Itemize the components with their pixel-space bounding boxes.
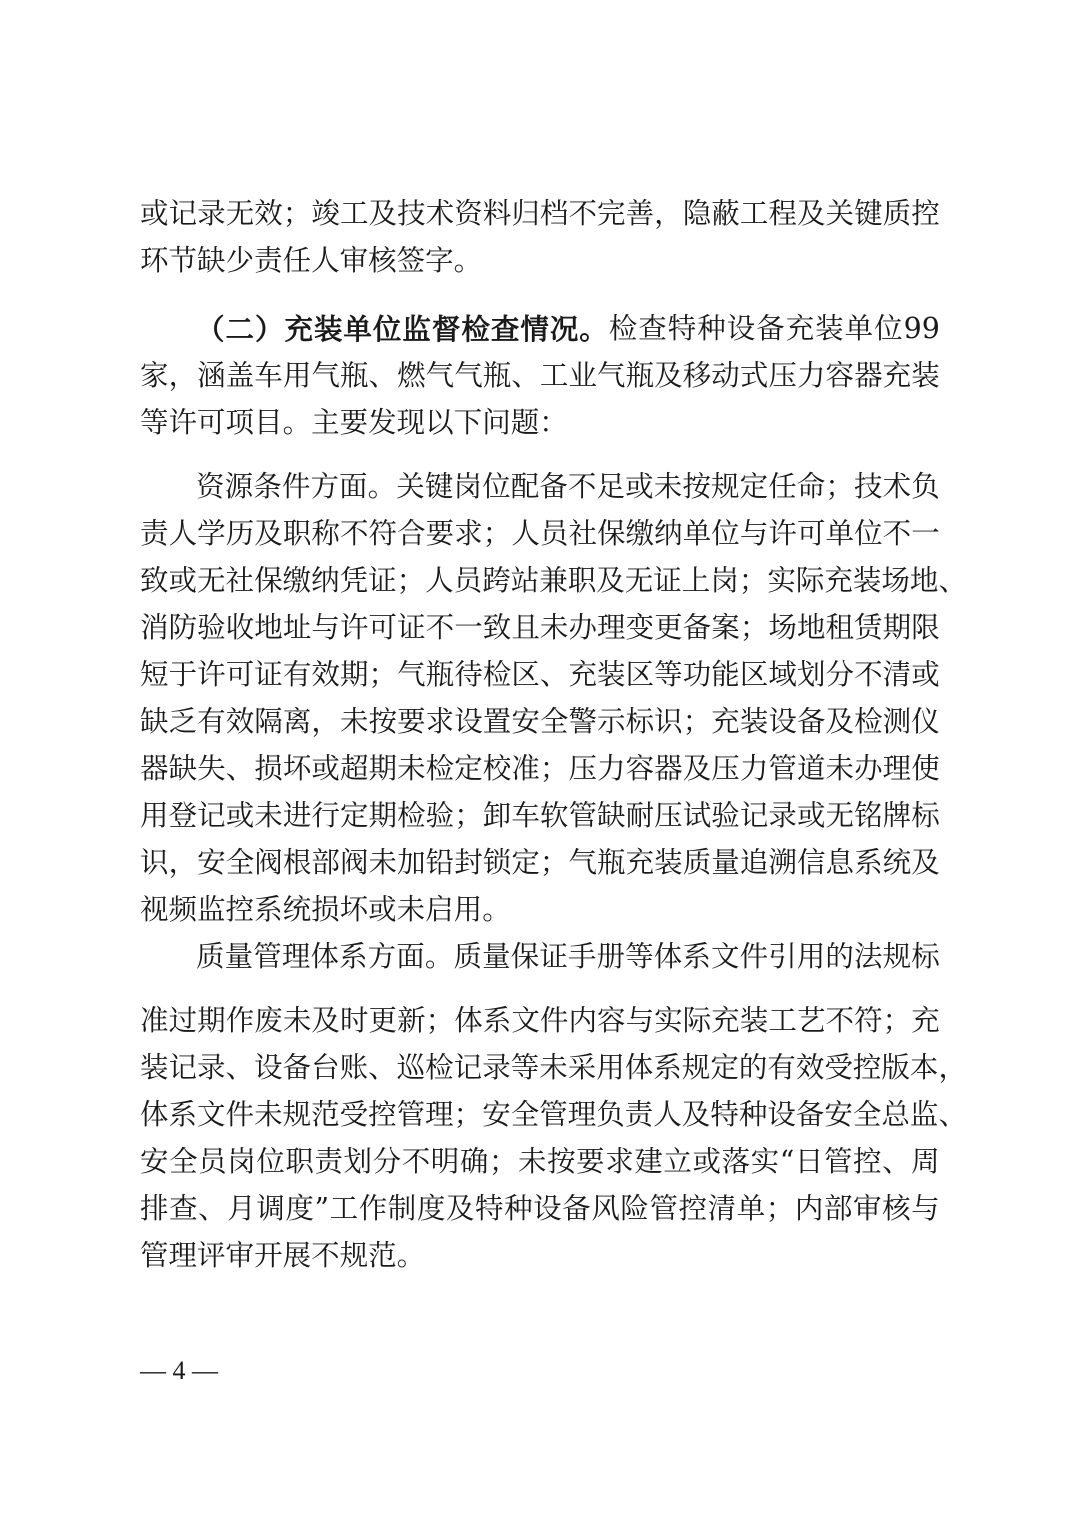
text-line: 等许可项目。主要发现以下问题：: [140, 403, 940, 443]
text-line: 排查、月调度”工作制度及特种设备风险管控清单；内部审核与: [140, 1189, 940, 1229]
text-line: （二）充装单位监督检查情况。检查特种设备充装单位99: [196, 309, 940, 349]
page-number: — 4 —: [140, 1354, 218, 1388]
text-line: 体系文件未规范受控管理；安全管理负责人及特种设备安全总监、: [140, 1095, 940, 1135]
text-line: 准过期作废未及时更新；体系文件内容与实际充装工艺不符；充: [140, 1001, 940, 1041]
text-line: 资源条件方面。关键岗位配备不足或未按规定任命；技术负: [196, 467, 940, 507]
text-line: 识，安全阀根部阀未加铅封锁定；气瓶充装质量追溯信息系统及: [140, 843, 940, 883]
text-line: 或记录无效；竣工及技术资料归档不完善，隐蔽工程及关键质控: [140, 194, 940, 234]
text-line: 致或无社保缴纳凭证；人员跨站兼职及无证上岗；实际充装场地、: [140, 561, 940, 601]
text-line: 视频监控系统损坏或未启用。: [140, 890, 940, 930]
text-line: 短于许可证有效期；气瓶待检区、充装区等功能区域划分不清或: [140, 655, 940, 695]
text-line: 责人学历及职称不符合要求；人员社保缴纳单位与许可单位不一: [140, 514, 940, 554]
text-line: 用登记或未进行定期检验；卸车软管缺耐压试验记录或无铭牌标: [140, 796, 940, 836]
text-line: 消防验收地址与许可证不一致且未办理变更备案；场地租赁期限: [140, 608, 940, 648]
text-line: 质量管理体系方面。质量保证手册等体系文件引用的法规标: [196, 937, 940, 977]
text-line: 家，涵盖车用气瓶、燃气气瓶、工业气瓶及移动式压力容器充装: [140, 356, 940, 396]
text-line: 安全员岗位职责划分不明确；未按要求建立或落实“日管控、周: [140, 1142, 940, 1182]
document-page: 或记录无效；竣工及技术资料归档不完善，隐蔽工程及关键质控环节缺少责任人审核签字。…: [0, 0, 1074, 1520]
text-line: 环节缺少责任人审核签字。: [140, 241, 940, 281]
text-line: 器缺失、损坏或超期未检定校准；压力容器及压力管道未办理使: [140, 749, 940, 789]
text-line: 缺乏有效隔离，未按要求设置安全警示标识；充装设备及检测仪: [140, 702, 940, 742]
text-line: 装记录、设备台账、巡检记录等未采用体系规定的有效受控版本，: [140, 1048, 940, 1088]
text-line: 管理评审开展不规范。: [140, 1236, 940, 1276]
